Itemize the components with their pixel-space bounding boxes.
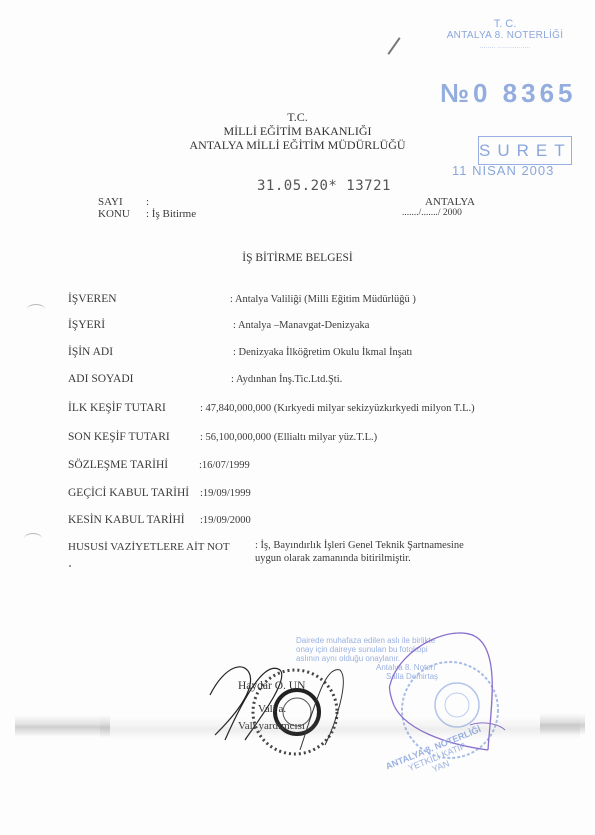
header-directorate: ANTALYA MİLLİ EĞİTİM MÜDÜRLÜĞÜ (0, 138, 595, 152)
konu-label: KONU (98, 208, 130, 220)
field-label: İŞVEREN (68, 293, 117, 305)
konu-value: : İş Bitirme (146, 208, 196, 220)
field-label: İLK KEŞİF TUTARI (68, 402, 166, 414)
field-label: GEÇİCİ KABUL TARİHİ (68, 487, 189, 499)
field-label: SON KEŞİF TUTARI (68, 431, 170, 443)
sayi-value: : (146, 196, 149, 208)
field-label: İŞYERİ (68, 319, 105, 331)
header-ministry: MİLLİ EĞİTİM BAKANLIĞI (0, 124, 595, 138)
pen-mark (387, 37, 400, 55)
field-value: : Antalya –Manavgat-Denizyaka (233, 320, 369, 331)
registration-stamp: 31.05.20* 13721 (257, 178, 391, 194)
field-value: :16/07/1999 (199, 460, 250, 471)
field-label: ADI SOYADI (68, 373, 134, 385)
punch-hole-mark (24, 533, 42, 544)
note-line-2: uygun olarak zamanında bitirilmiştir. (255, 553, 411, 564)
notary-stamp-tc: T. C. (425, 18, 585, 30)
field-value: :19/09/2000 (200, 515, 251, 526)
field-value: :19/09/1999 (200, 488, 251, 499)
signatory-title-1: Vali a. (258, 703, 286, 715)
note-line-1: : İş, Bayındırlık İşleri Genel Teknik Şa… (255, 540, 464, 551)
field-label: KESİN KABUL TARİHİ (68, 514, 185, 526)
note-label: HUSUSİ VAZİYETLERE AİT NOT (68, 541, 230, 553)
field-value: : Aydınhan İnş.Tic.Ltd.Şti. (231, 374, 342, 385)
scan-fold-mark (15, 715, 110, 737)
field-value: : 47,840,000,000 (Kırkyedi milyar sekizy… (200, 403, 475, 414)
document-date: ......./......./ 2000 (402, 208, 462, 218)
number-sign: № (440, 78, 473, 108)
field-label: İŞİN ADI (68, 346, 113, 358)
scan-fold-mark (540, 713, 585, 735)
dot-mark (69, 565, 71, 567)
signatory-name: Haydar O. UN (238, 680, 305, 692)
notary-number-stamp: №0 8365 (440, 78, 577, 108)
field-label: SÖZLEŞME TARİHİ (68, 459, 168, 471)
field-value: : Denizyaka İlköğretim Okulu İkmal İnşat… (233, 347, 412, 358)
notary-number: 0 8365 (473, 78, 577, 108)
notary-stamp: T. C. ANTALYA 8. NOTERLİĞİ ........ ....… (425, 18, 585, 52)
header-tc: T.C. (0, 110, 595, 124)
field-value: : 56,100,000,000 (Ellialtı milyar yüz.T.… (200, 432, 377, 443)
notary-stamp-name: ANTALYA 8. NOTERLİĞİ (425, 30, 585, 42)
city: ANTALYA (425, 196, 475, 208)
document-title: İŞ BİTİRME BELGESİ (0, 252, 595, 264)
scan-fold-mark (100, 717, 580, 739)
field-value: : Antalya Valiliği (Milli Eğitim Müdürlü… (230, 294, 416, 305)
suret-date: 11 NİSAN 2003 (452, 163, 554, 179)
punch-hole-mark (27, 304, 45, 315)
sayi-label: SAYI (98, 196, 123, 208)
